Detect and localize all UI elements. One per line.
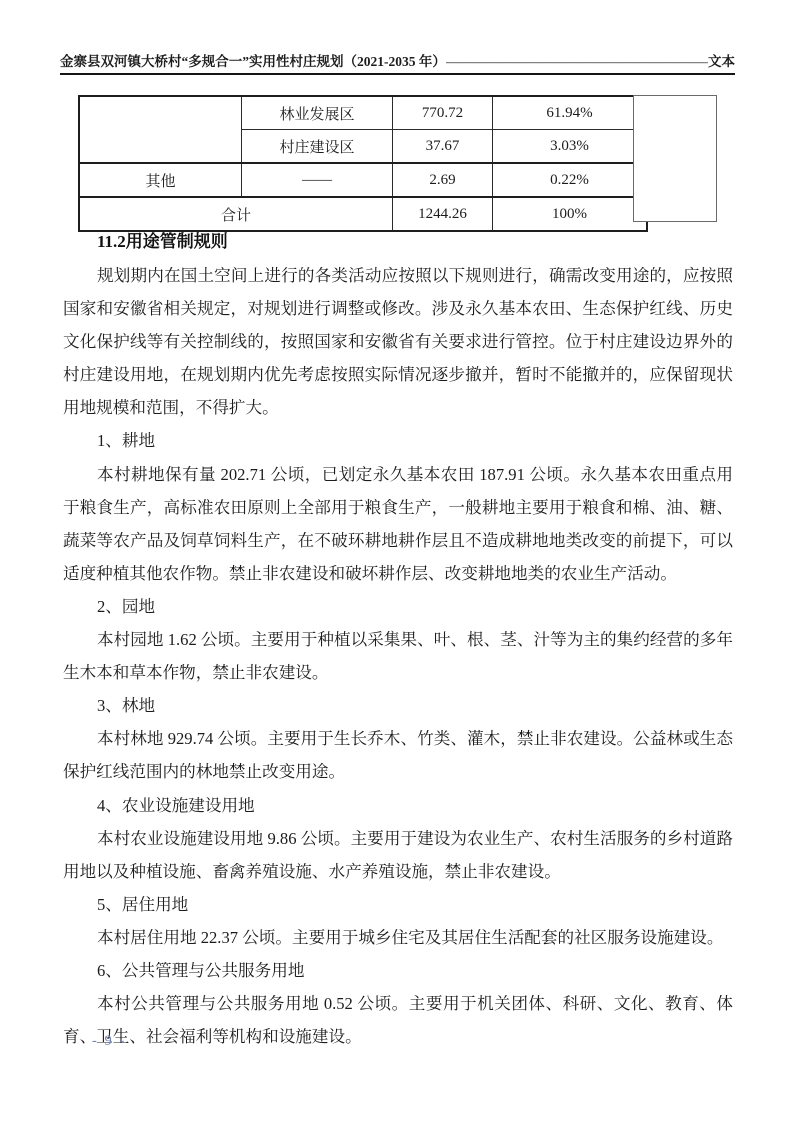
zone-name-cell: 林业发展区 (242, 96, 393, 130)
list-item-heading-agri-facility-land: 4、农业设施建设用地 (63, 789, 733, 822)
paragraph-general-rules: 规划期内在国土空间上进行的各类活动应按照以下规则进行，确需改变用途的，应按照国家… (63, 259, 733, 424)
category-cell-empty (79, 96, 242, 163)
area-cell: 37.67 (393, 130, 493, 164)
list-item-heading-residential-land: 5、居住用地 (63, 888, 733, 921)
zone-name-cell: 村庄建设区 (242, 130, 393, 164)
list-item-heading-garden-land: 2、园地 (63, 590, 733, 623)
area-cell: 770.72 (393, 96, 493, 130)
page-header: 金寨县双河镇大桥村“多规合一”实用性村庄规划（2021-2035 年） ————… (60, 50, 735, 75)
paragraph-agri-facility-land: 本村农业设施建设用地 9.86 公顷。主要用于建设为农业生产、农村生活服务的乡村… (63, 822, 733, 888)
section-heading: 11.2用途管制规则 (63, 229, 733, 254)
document-body: 11.2用途管制规则 规划期内在国土空间上进行的各类活动应按照以下规则进行，确需… (63, 229, 733, 1053)
percent-cell: 3.03% (493, 130, 648, 164)
paragraph-residential-land: 本村居住用地 22.37 公顷。主要用于城乡住宅及其居住生活配套的社区服务设施建… (63, 921, 733, 954)
zone-name-cell: —— (242, 163, 393, 197)
area-cell: 2.69 (393, 163, 493, 197)
paragraph-cultivated-land: 本村耕地保有量 202.71 公顷，已划定永久基本农田 187.91 公顷。永久… (63, 458, 733, 590)
header-title: 金寨县双河镇大桥村“多规合一”实用性村庄规划（2021-2035 年） (60, 50, 446, 70)
page-number: - 9 - (92, 1033, 126, 1050)
paragraph-public-service-land: 本村公共管理与公共服务用地 0.52 公顷。主要用于机关团体、科研、文化、教育、… (63, 987, 733, 1053)
category-cell: 其他 (79, 163, 242, 197)
percent-cell: 61.94% (493, 96, 648, 130)
percent-cell: 0.22% (493, 163, 648, 197)
table-side-empty-column (633, 95, 717, 222)
paragraph-garden-land: 本村园地 1.62 公顷。主要用于种植以采集果、叶、根、茎、汁等为主的集约经营的… (63, 623, 733, 689)
document-page: 金寨县双河镇大桥村“多规合一”实用性村庄规划（2021-2035 年） ————… (0, 0, 793, 1122)
header-dash-fill: —————————————————————————————— (446, 54, 708, 70)
table-row: 合计 1244.26 100% (79, 197, 647, 231)
total-label-cell: 合计 (79, 197, 393, 231)
table-row: 林业发展区 770.72 61.94% (79, 96, 647, 130)
list-item-heading-cultivated-land: 1、耕地 (63, 424, 733, 457)
zoning-table: 林业发展区 770.72 61.94% 村庄建设区 37.67 3.03% 其他… (78, 95, 648, 232)
header-doc-label: 文本 (708, 50, 735, 70)
list-item-heading-forest-land: 3、林地 (63, 689, 733, 722)
paragraph-forest-land: 本村林地 929.74 公顷。主要用于生长乔木、竹类、灌木，禁止非农建设。公益林… (63, 722, 733, 788)
total-area-cell: 1244.26 (393, 197, 493, 231)
table-row: 其他 —— 2.69 0.22% (79, 163, 647, 197)
total-percent-cell: 100% (493, 197, 648, 231)
list-item-heading-public-service-land: 6、公共管理与公共服务用地 (63, 954, 733, 987)
